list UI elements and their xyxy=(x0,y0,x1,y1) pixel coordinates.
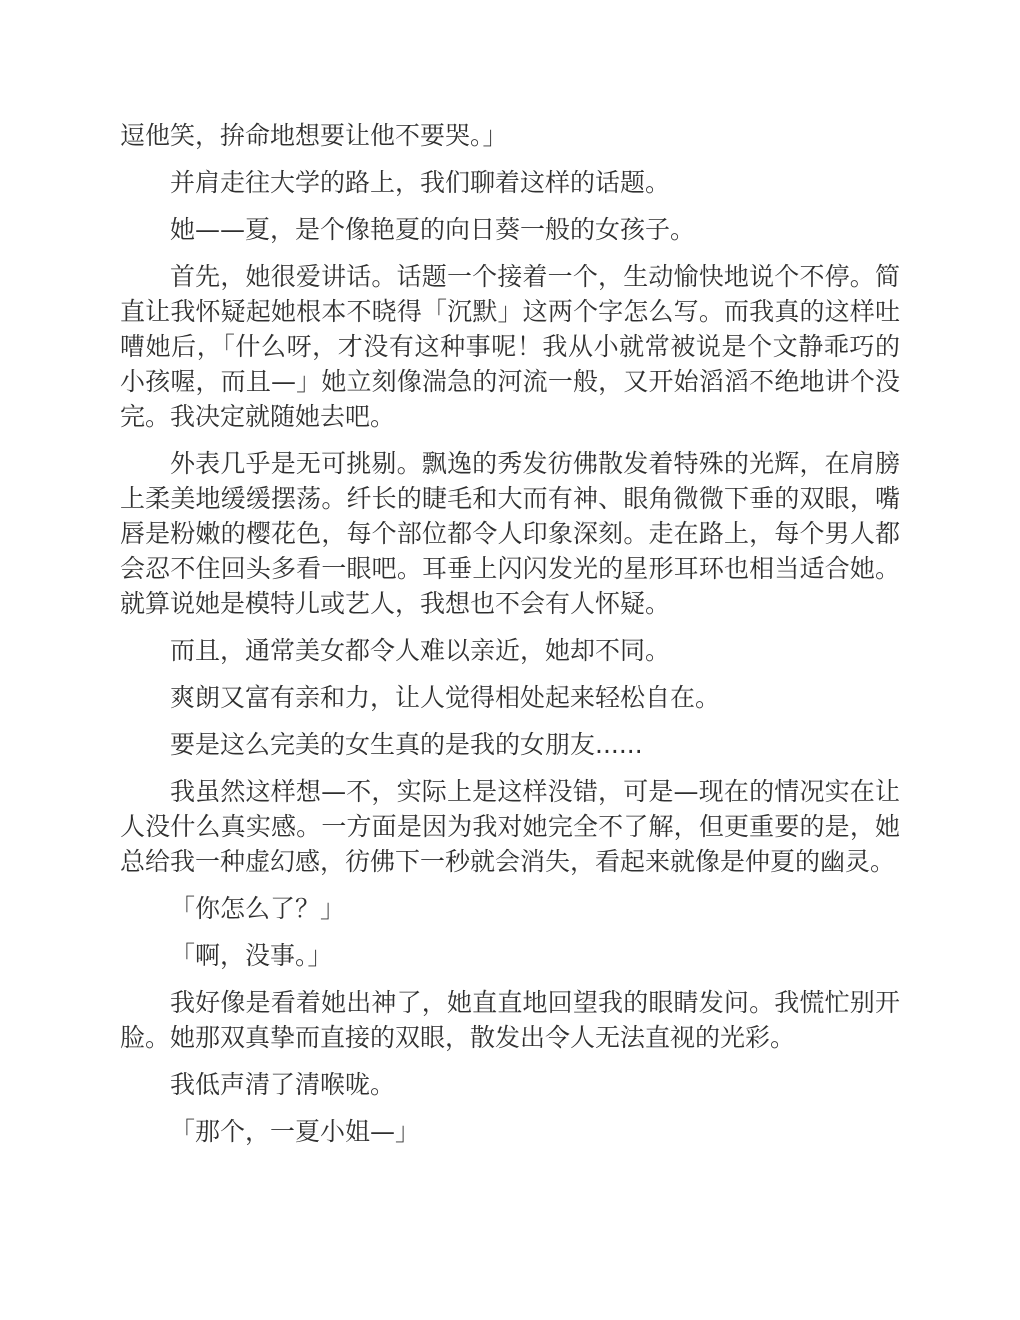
novel-page: 逗他笑，拚命地想要让他不要哭。」 并肩走往大学的路上，我们聊着这样的话题。 她—… xyxy=(0,0,1020,1320)
paragraph-dialogue: 「你怎么了？」 xyxy=(120,891,900,926)
paragraph: 并肩走往大学的路上，我们聊着这样的话题。 xyxy=(120,165,900,200)
paragraph: 我虽然这样想—不，实际上是这样没错，可是—现在的情况实在让人没什么真实感。一方面… xyxy=(120,774,900,879)
paragraph-continuation: 逗他笑，拚命地想要让他不要哭。」 xyxy=(120,118,900,153)
paragraph-dialogue: 「那个，一夏小姐—」 xyxy=(120,1114,900,1149)
paragraph: 外表几乎是无可挑剔。飘逸的秀发彷佛散发着特殊的光辉，在肩膀上柔美地缓缓摆荡。纤长… xyxy=(120,446,900,621)
paragraph: 而且，通常美女都令人难以亲近，她却不同。 xyxy=(120,633,900,668)
paragraph-dialogue: 「啊，没事。」 xyxy=(120,938,900,973)
paragraph: 首先，她很爱讲话。话题一个接着一个，生动愉快地说个不停。简直让我怀疑起她根本不晓… xyxy=(120,259,900,434)
paragraph: 要是这么完美的女生真的是我的女朋友...... xyxy=(120,727,900,762)
paragraph: 我好像是看着她出神了，她直直地回望我的眼睛发问。我慌忙别开脸。她那双真挚而直接的… xyxy=(120,985,900,1055)
paragraph: 我低声清了清喉咙。 xyxy=(120,1067,900,1102)
paragraph: 她——夏，是个像艳夏的向日葵一般的女孩子。 xyxy=(120,212,900,247)
paragraph: 爽朗又富有亲和力，让人觉得相处起来轻松自在。 xyxy=(120,680,900,715)
